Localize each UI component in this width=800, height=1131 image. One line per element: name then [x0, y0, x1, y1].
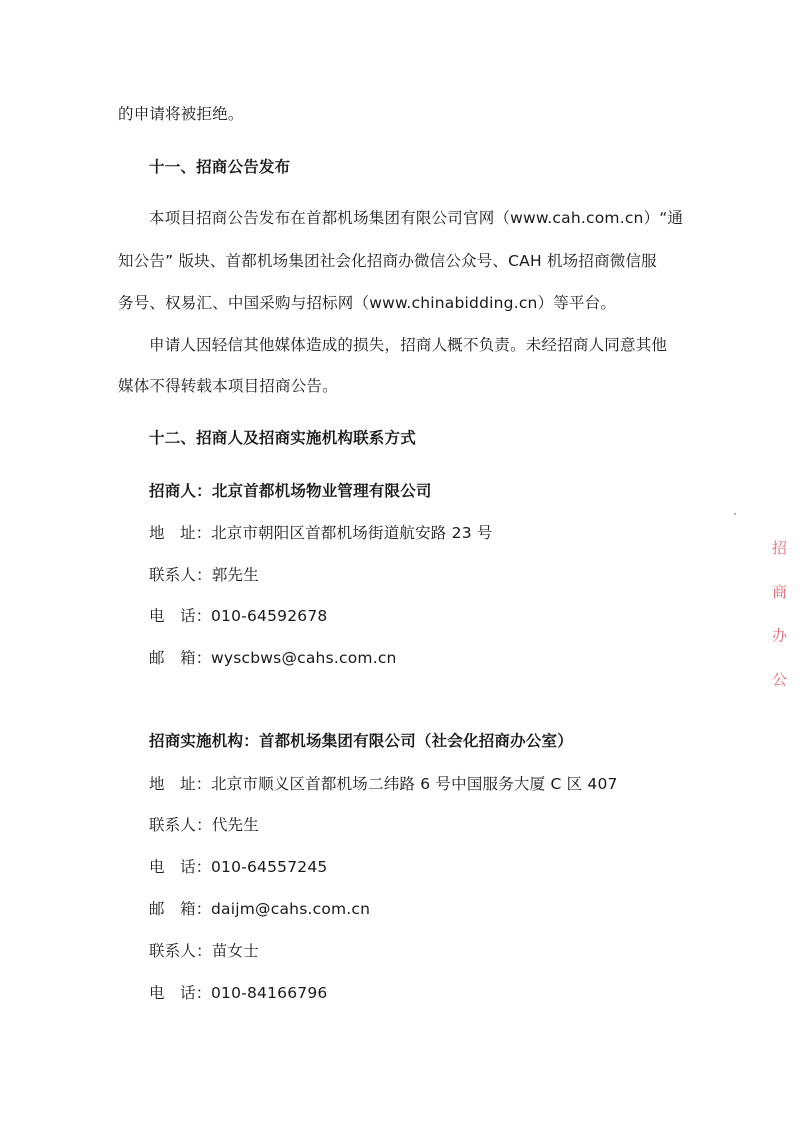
agency-email: daijm@cahs.com.cn: [211, 900, 370, 918]
phone-label-char-2: 话：: [180, 984, 211, 1002]
tenderer-name: 北京首都机场物业管理有限公司: [212, 482, 432, 500]
agency-phone-1-row: 电话：010-64557245: [149, 857, 327, 877]
section-11-paragraph-2-line-1: 申请人因轻信其他媒体造成的损失，招商人概不负责。未经招商人同意其他: [149, 335, 667, 355]
address-label-char-2: 址：: [180, 524, 211, 542]
agency-phone-2: 010-84166796: [211, 984, 327, 1002]
tenderer-address-row: 地址：北京市朝阳区首都机场街道航安路 23 号: [149, 523, 493, 543]
email-label-char-2: 箱：: [180, 649, 211, 667]
agency-row: 招商实施机构：首都机场集团有限公司（社会化招商办公室）: [149, 731, 573, 751]
section-11-paragraph-1-line-2: 知公告” 版块、首都机场集团社会化招商办微信公众号、CAH 机场招商微信服: [118, 251, 657, 271]
contact-label: 联系人：: [149, 942, 212, 960]
scan-speck: [734, 513, 736, 515]
tenderer-address: 北京市朝阳区首都机场街道航安路 23 号: [211, 524, 493, 542]
section-11-paragraph-1-line-3: 务号、权易汇、中国采购与招标网（www.chinabidding.cn）等平台。: [118, 293, 616, 313]
email-label-char-1: 邮: [149, 648, 180, 668]
agency-contact-1: 代先生: [212, 816, 259, 834]
phone-label-char-2: 话：: [180, 858, 211, 876]
seal-stamp-fragment: 招 商 办 公: [768, 540, 788, 700]
tenderer-contact-row: 联系人：郭先生: [149, 565, 259, 585]
phone-label-char-1: 电: [149, 857, 180, 877]
agency-label: 招商实施机构：: [149, 732, 259, 750]
agency-name: 首都机场集团有限公司（社会化招商办公室）: [259, 732, 573, 750]
tenderer-phone: 010-64592678: [211, 607, 327, 625]
agency-address: 北京市顺义区首都机场二纬路 6 号中国服务大厦 C 区 407: [211, 775, 618, 793]
continuation-text: 的申请将被拒绝。: [118, 104, 244, 124]
address-label-char-1: 地: [149, 523, 180, 543]
section-11-paragraph-1-line-1: 本项目招商公告发布在首都机场集团有限公司官网（www.cah.com.cn）“通: [149, 208, 683, 228]
section-11-paragraph-2-line-2: 媒体不得转载本项目招商公告。: [118, 376, 338, 396]
tenderer-label: 招商人：: [149, 482, 212, 500]
agency-address-row: 地址：北京市顺义区首都机场二纬路 6 号中国服务大厦 C 区 407: [149, 774, 618, 794]
phone-label-char-1: 电: [149, 606, 180, 626]
tenderer-phone-row: 电话：010-64592678: [149, 606, 327, 626]
agency-email-row: 邮箱：daijm@cahs.com.cn: [149, 899, 370, 919]
agency-phone-2-row: 电话：010-84166796: [149, 983, 327, 1003]
contact-label: 联系人：: [149, 566, 212, 584]
phone-label-char-1: 电: [149, 983, 180, 1003]
tenderer-email-row: 邮箱：wyscbws@cahs.com.cn: [149, 648, 397, 668]
agency-contact-1-row: 联系人：代先生: [149, 815, 259, 835]
tenderer-row: 招商人：北京首都机场物业管理有限公司: [149, 481, 432, 501]
contact-label: 联系人：: [149, 816, 212, 834]
phone-label-char-2: 话：: [180, 607, 211, 625]
email-label-char-1: 邮: [149, 899, 180, 919]
agency-contact-2: 苗女士: [212, 942, 259, 960]
section-12-heading: 十二、招商人及招商实施机构联系方式: [149, 428, 416, 448]
agency-phone-1: 010-64557245: [211, 858, 327, 876]
address-label-char-2: 址：: [180, 775, 211, 793]
tenderer-email: wyscbws@cahs.com.cn: [211, 649, 397, 667]
section-11-heading: 十一、招商公告发布: [149, 157, 290, 177]
tenderer-contact: 郭先生: [212, 566, 259, 584]
address-label-char-1: 地: [149, 774, 180, 794]
email-label-char-2: 箱：: [180, 900, 211, 918]
document-page: 的申请将被拒绝。 十一、招商公告发布 本项目招商公告发布在首都机场集团有限公司官…: [0, 0, 800, 1131]
agency-contact-2-row: 联系人：苗女士: [149, 941, 259, 961]
